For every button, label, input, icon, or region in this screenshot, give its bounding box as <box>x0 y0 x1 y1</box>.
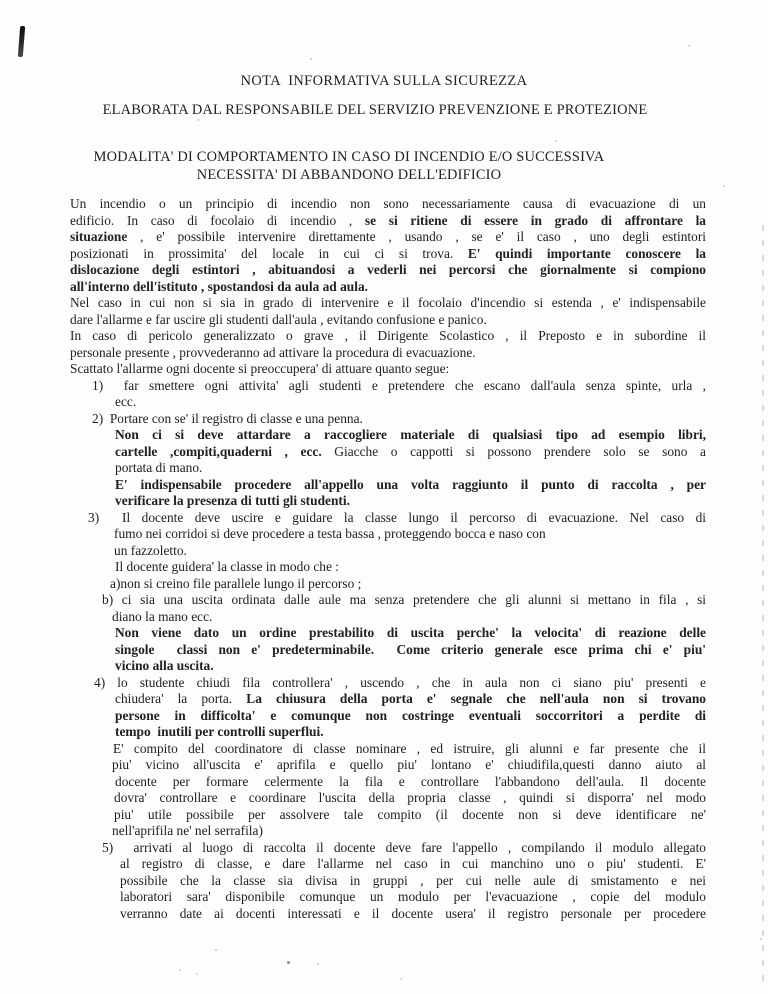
text-line: possibile che la classe sia divisa in gr… <box>70 873 706 890</box>
text-line: E' compito del coordinatore di classe no… <box>70 741 706 758</box>
scan-speck <box>310 58 312 60</box>
text-segment: 4) lo studente chiudi fila controllera' … <box>94 675 706 690</box>
bold-text-segment: E' indispensabile procedere all'appello … <box>115 477 706 492</box>
text-line: verranno date ai docenti interessati e i… <box>70 906 706 923</box>
text-line: Non viene dato un ordine prestabilito di… <box>70 625 706 642</box>
bold-text-segment: tempo inutili per controlli superflui. <box>115 724 324 739</box>
scan-speck <box>400 978 402 980</box>
bold-text-segment: verificare la presenza di tutti gli stud… <box>115 493 350 508</box>
bold-text-segment: singole classi non e' predeterminabile. … <box>115 642 706 657</box>
text-segment: verranno date ai docenti interessati e i… <box>120 906 706 921</box>
text-segment: nell'aprifila ne' nel serrafila) <box>112 823 263 838</box>
scan-speck <box>197 119 199 121</box>
text-line: Un incendio o un principio di incendio n… <box>70 196 706 213</box>
text-line: al registro di classe, e dare l'allarme … <box>70 856 706 873</box>
scan-edge-artifact <box>762 225 764 990</box>
bold-text-segment: Non viene dato un ordine prestabilito di… <box>115 625 706 640</box>
text-line: posizionati in prossimita' del locale in… <box>70 246 706 263</box>
text-segment: laboratori sara' disponibile comunque un… <box>120 889 706 904</box>
text-line: Non ci si deve attardare a raccogliere m… <box>70 427 706 444</box>
text-line: persone in difficolta' e comunque non co… <box>70 708 706 725</box>
text-line: 1) far smettere ogni attivita' agli stud… <box>70 378 706 395</box>
text-line: situazione , e' possibile intervenire di… <box>70 229 706 246</box>
text-segment: 3) Il docente deve uscire e guidare la c… <box>88 510 706 525</box>
text-line: Nel caso in cui non si sia in grado di i… <box>70 295 706 312</box>
bold-text-segment: La chiusura della porta e' segnale che n… <box>246 691 706 706</box>
text-line: Il docente guidera' la classe in modo ch… <box>70 559 706 576</box>
text-line: edificio. In caso di focolaio di incendi… <box>70 213 706 230</box>
scan-speck <box>540 906 542 908</box>
text-line: 3) Il docente deve uscire e guidare la c… <box>70 510 706 527</box>
document-body: Un incendio o un principio di incendio n… <box>70 196 706 922</box>
document-subtitle: ELABORATA DAL RESPONSABILE DEL SERVIZIO … <box>0 102 750 119</box>
text-line: nell'aprifila ne' nel serrafila) <box>70 823 706 840</box>
text-segment: 5) arrivati al luogo di raccolta il doce… <box>102 840 706 855</box>
text-segment: dovra' controllare e coordinare l'uscita… <box>114 790 706 805</box>
bold-text-segment: all'interno dell'istituto , spostandosi … <box>70 279 368 294</box>
scan-speck <box>555 140 557 142</box>
bold-text-segment: persone in difficolta' e comunque non co… <box>115 708 706 723</box>
scan-speck <box>152 470 154 472</box>
text-segment: diano la mano ecc. <box>112 609 212 624</box>
text-line: 5) arrivati al luogo di raccolta il doce… <box>70 840 706 857</box>
text-segment: a)non si creino file parallele lungo il … <box>110 576 361 591</box>
text-line: dislocazione degli estintori , abituando… <box>70 262 706 279</box>
text-segment: possibile che la classe sia divisa in gr… <box>120 873 706 888</box>
text-segment: personale presente , provvederanno ad at… <box>70 345 476 360</box>
text-line: verificare la presenza di tutti gli stud… <box>70 493 706 510</box>
scanned-document-page: NOTA INFORMATIVA SULLA SICUREZZA ELABORA… <box>0 0 768 994</box>
text-line: 4) lo studente chiudi fila controllera' … <box>70 675 706 692</box>
text-segment: portata di mano. <box>115 460 202 475</box>
text-segment: edificio. In caso di focolaio di incendi… <box>70 213 365 228</box>
text-segment: 2) Portare con se' il registro di classe… <box>92 411 363 426</box>
text-segment: chiudera' la porta. <box>115 691 246 706</box>
text-line: 2) Portare con se' il registro di classe… <box>70 411 706 428</box>
scan-speck <box>287 961 290 964</box>
text-line: all'interno dell'istituto , spostandosi … <box>70 279 706 296</box>
text-line: tempo inutili per controlli superflui. <box>70 724 706 741</box>
scan-speck <box>428 338 430 340</box>
bold-text-segment: se si ritiene di essere in grado di affr… <box>365 213 706 228</box>
text-line: b) ci sia una uscita ordinata dalle aule… <box>70 592 706 609</box>
text-segment: Il docente guidera' la classe in modo ch… <box>115 559 339 574</box>
text-line: un fazzoletto. <box>70 543 706 560</box>
bold-text-segment: dislocazione degli estintori , abituando… <box>70 262 706 277</box>
text-segment: fumo nei corridoi si deve procedere a te… <box>114 526 546 541</box>
text-line: E' indispensabile procedere all'appello … <box>70 477 706 494</box>
text-line: vicino alla uscita. <box>70 658 706 675</box>
text-segment: In caso di pericolo generalizzato o grav… <box>70 328 706 343</box>
text-segment: un fazzoletto. <box>114 543 187 558</box>
scan-speck <box>196 973 198 975</box>
text-line: a)non si creino file parallele lungo il … <box>70 576 706 593</box>
text-segment: dare l'allarme e far uscire gli studenti… <box>70 312 487 327</box>
text-segment: piu' vicino all'uscita e' aprifila e que… <box>112 757 706 772</box>
text-segment: piu' utile possibile per assolvere tale … <box>114 807 706 822</box>
text-line: portata di mano. <box>70 460 706 477</box>
bold-text-segment: E' quindi importante conoscere la <box>468 246 706 261</box>
section-heading: MODALITA' DI COMPORTAMENTO IN CASO DI IN… <box>0 149 698 184</box>
bold-text-segment: Non ci si deve attardare a raccogliere m… <box>115 427 706 442</box>
text-segment: E' compito del coordinatore di classe no… <box>113 741 706 756</box>
text-segment: , e' possibile intervenire direttamente … <box>127 229 706 244</box>
text-line: singole classi non e' predeterminabile. … <box>70 642 706 659</box>
bold-text-segment: situazione <box>70 229 127 244</box>
text-line: fumo nei corridoi si deve procedere a te… <box>70 526 706 543</box>
text-segment: posizionati in prossimita' del locale in… <box>70 246 468 261</box>
text-line: docente per formare celermente la fila e… <box>70 774 706 791</box>
scan-speck <box>179 969 181 971</box>
text-line: piu' utile possibile per assolvere tale … <box>70 807 706 824</box>
text-segment: docente per formare celermente la fila e… <box>115 774 706 789</box>
text-segment: al registro di classe, e dare l'allarme … <box>120 856 706 871</box>
bold-text-segment: cartelle ,compiti,quaderni , ecc. <box>115 444 322 459</box>
text-segment: Un incendio o un principio di incendio n… <box>70 196 706 211</box>
text-line: In caso di pericolo generalizzato o grav… <box>70 328 706 345</box>
section-heading-line1: MODALITA' DI COMPORTAMENTO IN CASO DI IN… <box>0 149 698 167</box>
text-line: Scattato l'allarme ogni docente si preoc… <box>70 361 706 378</box>
text-segment: Nel caso in cui non si sia in grado di i… <box>70 295 706 310</box>
text-line: laboratori sara' disponibile comunque un… <box>70 889 706 906</box>
text-line: ecc. <box>70 394 706 411</box>
scan-speck <box>760 938 762 940</box>
text-line: personale presente , provvederanno ad at… <box>70 345 706 362</box>
text-segment: 1) far smettere ogni attivita' agli stud… <box>92 378 706 393</box>
text-line: cartelle ,compiti,quaderni , ecc. Giacch… <box>70 444 706 461</box>
text-line: dovra' controllare e coordinare l'uscita… <box>70 790 706 807</box>
text-segment: Scattato l'allarme ogni docente si preoc… <box>70 361 449 376</box>
text-line: chiudera' la porta. La chiusura della po… <box>70 691 706 708</box>
text-line: dare l'allarme e far uscire gli studenti… <box>70 312 706 329</box>
section-heading-line2: NECESSITA' DI ABBANDONO DELL'EDIFICIO <box>0 167 698 185</box>
scan-speck <box>723 185 725 187</box>
scan-speck <box>215 949 217 951</box>
text-line: piu' vicino all'uscita e' aprifila e que… <box>70 757 706 774</box>
bold-text-segment: vicino alla uscita. <box>115 658 214 673</box>
text-segment: ecc. <box>115 394 136 409</box>
document-title: NOTA INFORMATIVA SULLA SICUREZZA <box>0 73 768 90</box>
scan-speck <box>317 963 319 965</box>
text-line: diano la mano ecc. <box>70 609 706 626</box>
pen-mark <box>18 26 25 57</box>
scan-speck <box>688 45 690 47</box>
text-segment: b) ci sia una uscita ordinata dalle aule… <box>102 592 706 607</box>
text-segment: Giacche o cappotti si possono prendere s… <box>322 444 706 459</box>
